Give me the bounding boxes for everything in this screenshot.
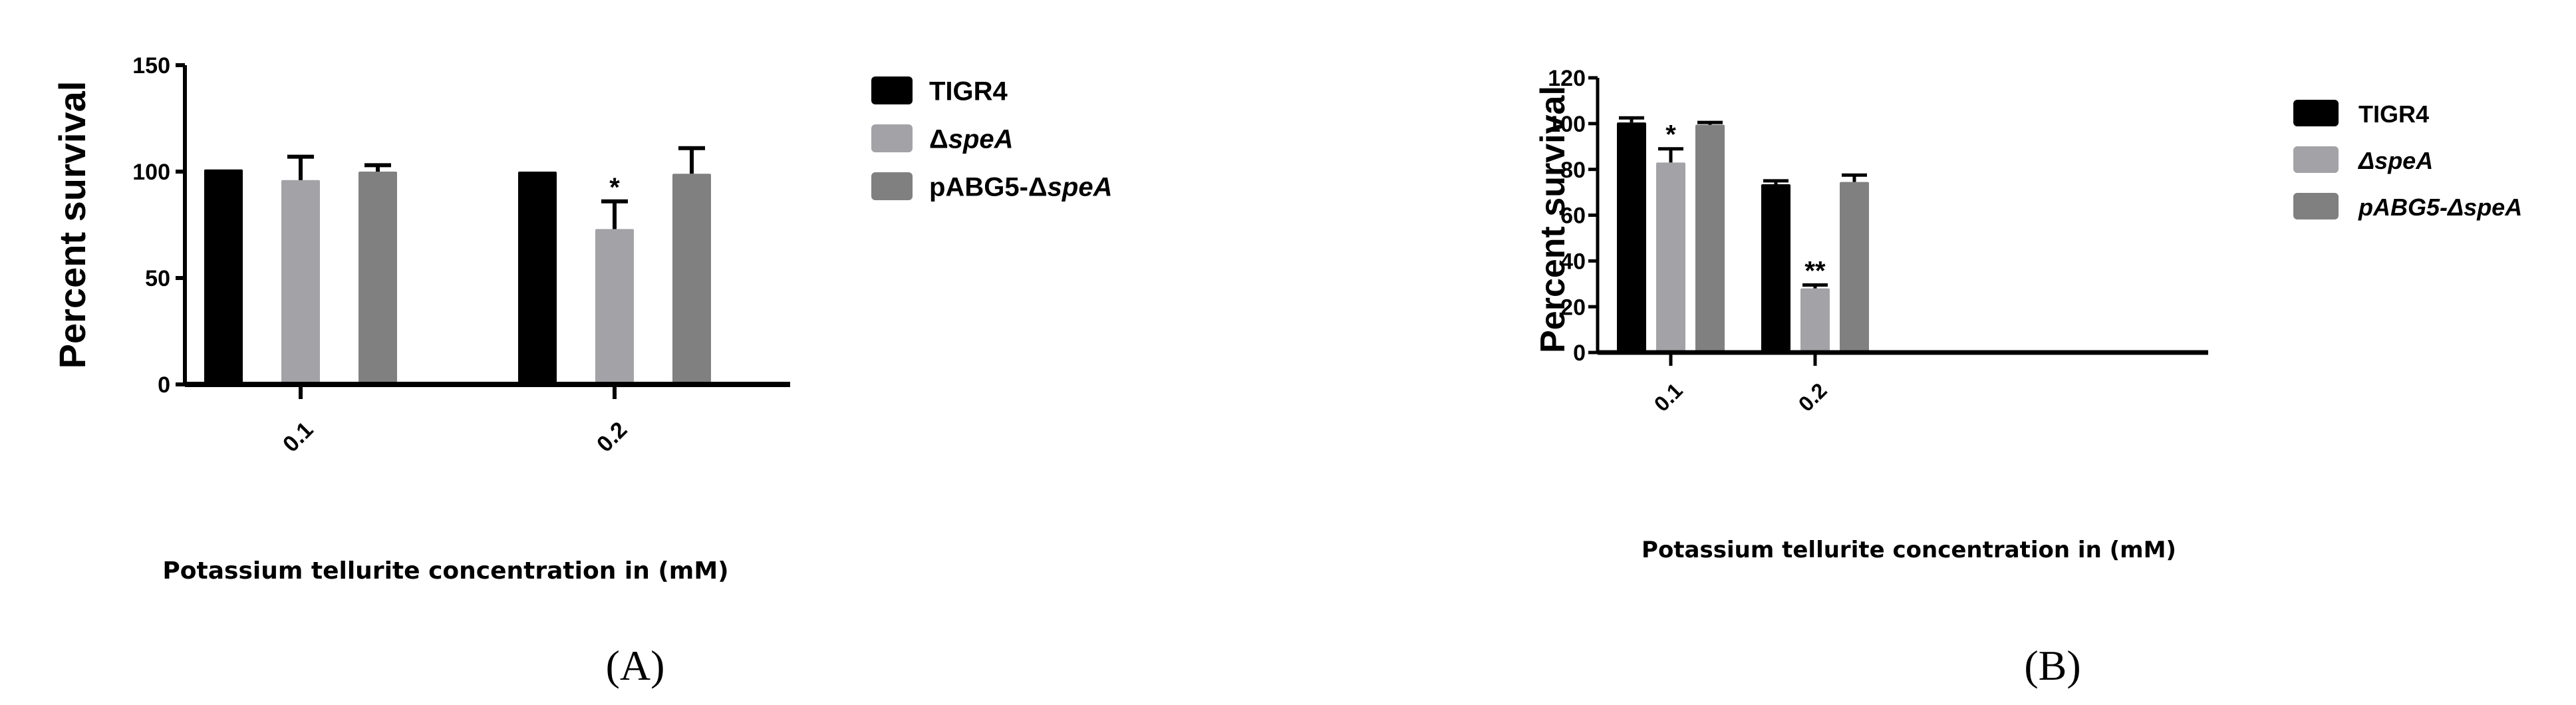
legend-item: pABG5-ΔspeA — [2293, 193, 2522, 221]
legend-label: TIGR4 — [929, 77, 1008, 106]
legend-swatch — [2293, 146, 2339, 173]
significance-marker: * — [609, 173, 620, 202]
y-tick-label: 0 — [158, 372, 170, 398]
legend: TIGR4ΔspeApABG5-ΔspeA — [871, 76, 1112, 202]
y-axis-title: Percent survival — [1534, 86, 1572, 353]
significance-marker: ** — [1804, 256, 1826, 285]
legend-label-part: speA — [1048, 173, 1113, 202]
bar — [1656, 162, 1685, 352]
legend-label: TIGR4 — [2359, 100, 2429, 128]
legend-swatch — [2293, 100, 2339, 126]
y-tick-label: 50 — [145, 266, 170, 291]
x-tick-label: 0.1 — [278, 417, 318, 457]
significance-marker: * — [1665, 120, 1676, 150]
bar — [672, 174, 711, 384]
legend-label-part: ΔspeA — [2357, 147, 2433, 174]
legend-item: TIGR4 — [871, 76, 1008, 106]
x-tick-label: 0.2 — [1794, 378, 1832, 416]
legend-swatch — [871, 76, 913, 104]
bar — [1840, 182, 1869, 352]
legend-label-part: pABG5-ΔspeA — [2358, 194, 2522, 221]
x-axis-title: Potassium tellurite concentration in (mM… — [162, 557, 728, 585]
bar — [358, 172, 397, 384]
bar — [1800, 289, 1830, 352]
bar — [1617, 122, 1646, 352]
panel-a-caption: (A) — [606, 642, 665, 689]
x-tick-label: 0.2 — [592, 417, 632, 457]
legend-item: pABG5-ΔspeA — [871, 172, 1112, 202]
y-tick-label: 100 — [132, 160, 170, 185]
panel-a-chart: 0501001500.10.2*Percent survivalPotassiu… — [51, 53, 1112, 585]
legend-label: pABG5-ΔspeA — [2358, 194, 2522, 221]
panel-b-caption: (B) — [2024, 642, 2080, 689]
legend-swatch — [871, 172, 913, 200]
legend-label-part: TIGR4 — [2359, 100, 2429, 128]
bar — [1695, 125, 1725, 352]
legend: TIGR4ΔspeApABG5-ΔspeA — [2293, 100, 2522, 221]
figure: 0501001500.10.2*Percent survivalPotassiu… — [0, 0, 2576, 705]
legend-label: ΔspeA — [929, 125, 1014, 154]
legend-label-part: TIGR4 — [929, 77, 1008, 106]
legend-label: ΔspeA — [2357, 147, 2433, 174]
legend-label-part: speA — [948, 125, 1014, 154]
x-axis-title: Potassium tellurite concentration in (mM… — [1642, 537, 2176, 563]
bar — [204, 170, 243, 384]
panel-b-chart: 0204060801001200.10.2***Percent survival… — [1534, 66, 2522, 563]
y-axis-title: Percent survival — [51, 81, 93, 369]
legend-label-part: Δ — [929, 125, 948, 154]
bar — [281, 180, 320, 384]
bar — [1761, 184, 1790, 352]
legend-item: TIGR4 — [2293, 100, 2429, 128]
legend-item: ΔspeA — [2293, 146, 2433, 174]
legend-label: pABG5-ΔspeA — [929, 173, 1112, 202]
bar — [518, 172, 557, 384]
legend-label-part: pABG5-Δ — [929, 173, 1048, 202]
x-tick-label: 0.1 — [1649, 378, 1687, 416]
y-tick-label: 150 — [132, 53, 170, 78]
legend-swatch — [2293, 193, 2339, 219]
legend-swatch — [871, 124, 913, 152]
legend-item: ΔspeA — [871, 124, 1014, 154]
bar — [595, 229, 634, 384]
y-tick-label: 0 — [1573, 341, 1586, 366]
